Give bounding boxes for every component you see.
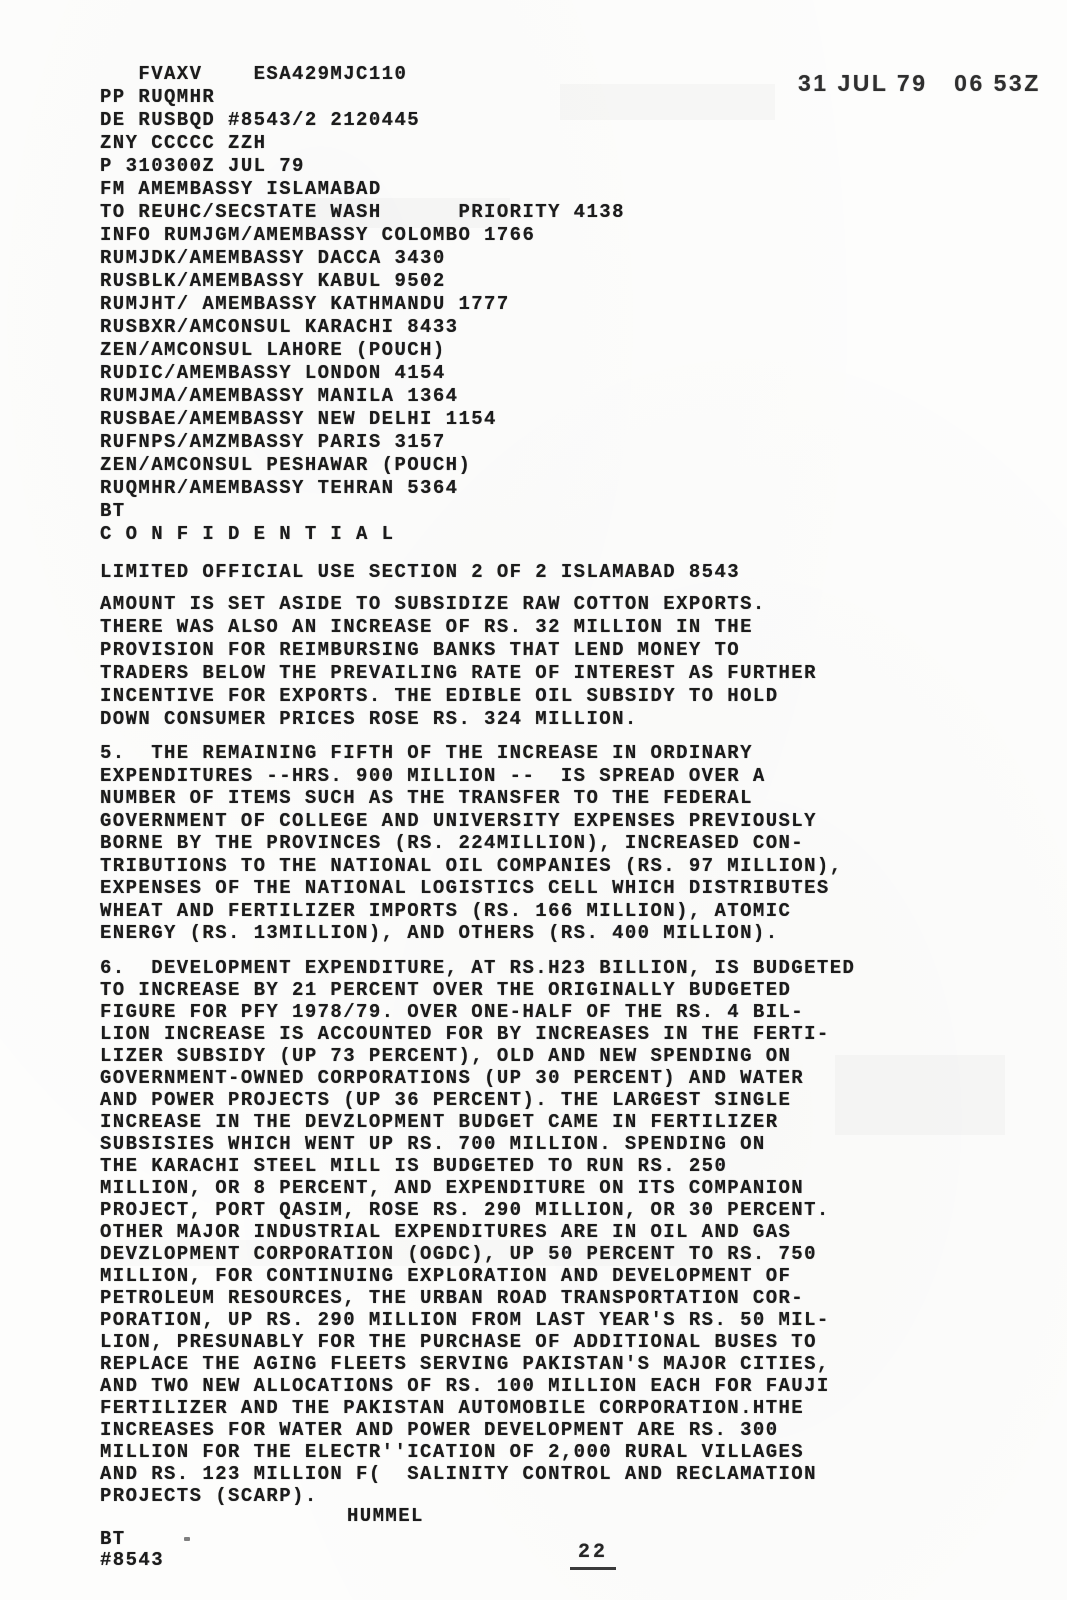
body-paragraph-6: 6. DEVELOPMENT EXPENDITURE, AT RS.H23 BI… <box>100 957 855 1507</box>
telegram-scan-page: 31 JUL 79 06 53Z FVAXV ESA429MJC110 PP R… <box>0 0 1067 1600</box>
scan-artifact <box>835 1055 1005 1135</box>
signature-line: HUMMEL <box>347 1505 424 1527</box>
footer-message-number: #8543 <box>100 1549 164 1571</box>
body-paragraph-cotton-subsidy: AMOUNT IS SET ASIDE TO SUBSIDIZE RAW COT… <box>100 593 817 731</box>
scan-speck <box>184 1537 190 1541</box>
page-number: 22 <box>570 1541 616 1570</box>
subject-line: LIMITED OFFICIAL USE SECTION 2 OF 2 ISLA… <box>100 561 740 584</box>
classification-line: C O N F I D E N T I A L <box>100 523 394 546</box>
routing-header-block: FVAXV ESA429MJC110 PP RUQMHR DE RUSBQD #… <box>100 63 625 523</box>
footer-bt-line: BT <box>100 1528 126 1550</box>
body-paragraph-5: 5. THE REMAINING FIFTH OF THE INCREASE I… <box>100 742 843 945</box>
received-date-stamp: 31 JUL 79 06 53Z <box>798 70 1041 97</box>
